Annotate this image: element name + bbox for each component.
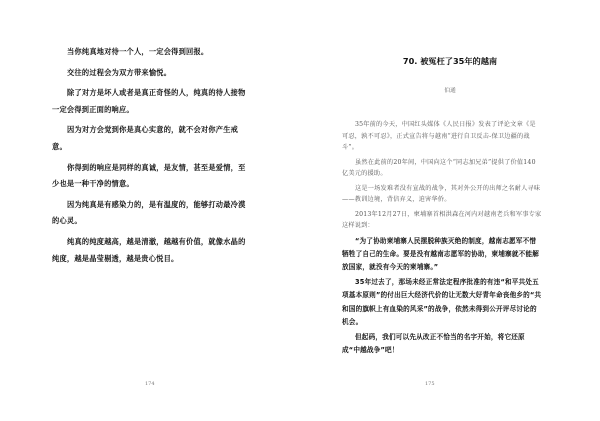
paragraph: 因为纯真是有感染力的，是有温度的，能够打动最冷漠的心灵。 [52, 197, 252, 230]
paragraph: 虽然在此前的20年间，中国向这个“同志加兄弟”提供了价值140亿美元的援助。 [342, 157, 542, 180]
paragraph-bold: 35年过去了，那场未经正常法定程序批准的有违“和平共处五项基本原则”的付出巨大经… [342, 276, 542, 329]
page-number-right: 175 [425, 381, 435, 387]
paragraph: 这是一场发难者没有宣战的战争，其对外公开的出师之名耐人寻味——教训边境，背信弃义… [342, 183, 542, 206]
paragraph-bold: 但起码，我们可以先从改正不恰当的名字开始，将它还原成“中越战争”吧！ [342, 331, 542, 357]
paragraph: 因为对方会觉到你是真心实意的，就不会对你产生戒意。 [52, 122, 252, 155]
book-spread: 当你纯真地对待一个人，一定会得到回报。 交往的过程会为双方带来愉悦。 除了对方是… [0, 0, 600, 421]
right-page: 70. 被冤枉了35年的越南 伯通 35年前的今天，中国红头媒体《人民日报》发表… [300, 0, 600, 421]
left-page: 当你纯真地对待一个人，一定会得到回报。 交往的过程会为双方带来愉悦。 除了对方是… [0, 0, 300, 421]
chapter-title: 70. 被冤枉了35年的越南 [300, 56, 600, 67]
paragraph: 除了对方是坏人或者是真正奇怪的人，纯真的待人接物一定会得到正面的响应。 [52, 85, 252, 118]
paragraph: 35年前的今天，中国红头媒体《人民日报》发表了评论文章《是可忍，孰不可忍》，正式… [342, 119, 542, 154]
page-number-left: 174 [145, 381, 155, 387]
right-page-body: 35年前的今天，中国红头媒体《人民日报》发表了评论文章《是可忍，孰不可忍》，正式… [342, 119, 542, 359]
paragraph: 交往的过程会为双方带来愉悦。 [52, 65, 252, 82]
left-page-body: 当你纯真地对待一个人，一定会得到回报。 交往的过程会为双方带来愉悦。 除了对方是… [52, 44, 252, 271]
paragraph: 当你纯真地对待一个人，一定会得到回报。 [52, 44, 252, 61]
paragraph: 纯真的纯度越高，越是清澈，越越有价值，就像水晶的纯度，越是晶莹剔透，越是贵心悦目… [52, 234, 252, 267]
author-name: 伯通 [300, 85, 600, 94]
quote-paragraph: “为了协助柬埔寨人民摆脱种族灭绝的制度，越南志愿军不惜牺牲了自己的生命。要是没有… [342, 235, 542, 275]
paragraph: 你得到的响应是同样的真诚，是友情，甚至是爱情，至少也是一种干净的情意。 [52, 160, 252, 193]
paragraph: 2013年12月27日，柬埔寨首相洪森在河内对越南老兵和军事专家这样说到： [342, 209, 542, 232]
